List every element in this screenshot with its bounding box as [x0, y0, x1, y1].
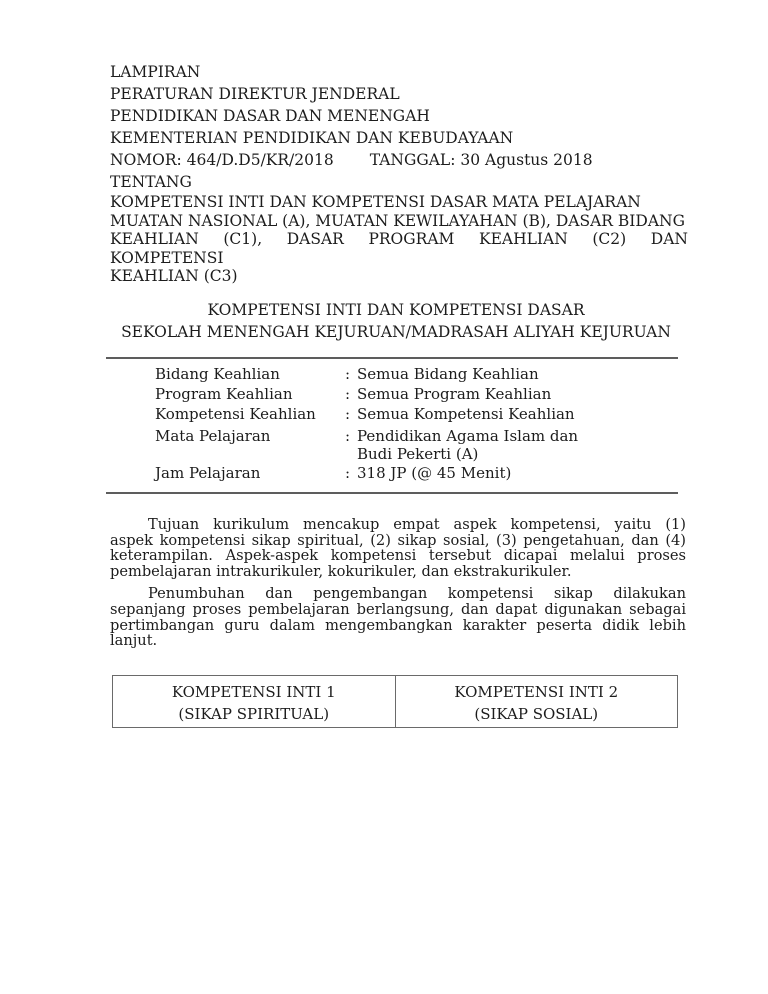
- ki1-title: KOMPETENSI INTI 1: [113, 681, 395, 703]
- paragraph-line: sepanjang proses pembelajaran berlangsun…: [110, 602, 686, 618]
- info-value: Semua Bidang Keahlian: [357, 365, 686, 385]
- info-separator: :: [345, 464, 357, 483]
- page-title: KOMPETENSI INTI DAN KOMPETENSI DASAR SEK…: [110, 299, 682, 344]
- info-label: Jam Pelajaran: [155, 464, 345, 483]
- info-label: Kompetensi Keahlian: [155, 405, 345, 425]
- header-line-nomor-tanggal: NOMOR: 464/D.D5/KR/2018TANGGAL: 30 Agust…: [110, 149, 688, 171]
- paragraph-line: pertimbangan guru dalam mengembangkan ka…: [110, 618, 686, 634]
- header-line-lampiran: LAMPIRAN: [110, 61, 688, 83]
- info-label: Bidang Keahlian: [155, 365, 345, 385]
- kompetensi-inti-table: KOMPETENSI INTI 1 (SIKAP SPIRITUAL) KOMP…: [112, 675, 678, 728]
- paragraph-line: Penumbuhan dan pengembangan kompetensi s…: [110, 586, 686, 602]
- info-label: Program Keahlian: [155, 385, 345, 405]
- paragraph-line: pembelajaran intrakurikuler, kokurikuler…: [110, 564, 686, 580]
- horizontal-rule-top: [106, 357, 678, 359]
- info-separator: :: [345, 405, 357, 425]
- page-title-line-2: SEKOLAH MENENGAH KEJURUAN/MADRASAH ALIYA…: [110, 321, 682, 343]
- document-header: LAMPIRAN PERATURAN DIREKTUR JENDERAL PEN…: [110, 61, 688, 286]
- info-row-jam-pelajaran: Jam Pelajaran : 318 JP (@ 45 Menit): [110, 464, 686, 483]
- info-value-line-2: Budi Pekerti (A): [357, 445, 686, 464]
- document-number: NOMOR: 464/D.D5/KR/2018: [110, 151, 334, 169]
- body-text: Tujuan kurikulum mencakup empat aspek ko…: [110, 517, 686, 649]
- subject-line-1: KOMPETENSI INTI DAN KOMPETENSI DASAR MAT…: [110, 193, 688, 212]
- header-line-pendidikan: PENDIDIKAN DASAR DAN MENENGAH: [110, 105, 688, 127]
- info-value: 318 JP (@ 45 Menit): [357, 464, 686, 483]
- header-line-kementerian: KEMENTERIAN PENDIDIKAN DAN KEBUDAYAAN: [110, 127, 688, 149]
- info-value: Semua Kompetensi Keahlian: [357, 405, 686, 425]
- subject-line-2: MUATAN NASIONAL (A), MUATAN KEWILAYAHAN …: [110, 212, 688, 231]
- page-title-line-1: KOMPETENSI INTI DAN KOMPETENSI DASAR: [110, 299, 682, 321]
- paragraph-tujuan-kurikulum: Tujuan kurikulum mencakup empat aspek ko…: [110, 517, 686, 579]
- horizontal-rule-bottom: [106, 492, 678, 494]
- document-subject: KOMPETENSI INTI DAN KOMPETENSI DASAR MAT…: [110, 193, 688, 286]
- ki2-title: KOMPETENSI INTI 2: [396, 681, 678, 703]
- ki1-subtitle: (SIKAP SPIRITUAL): [113, 703, 395, 725]
- info-value: Pendidikan Agama Islam dan Budi Pekerti …: [357, 427, 686, 464]
- info-row-bidang-keahlian: Bidang Keahlian : Semua Bidang Keahlian: [110, 365, 686, 385]
- info-value-line-1: Pendidikan Agama Islam dan: [357, 427, 686, 446]
- info-row-kompetensi-keahlian: Kompetensi Keahlian : Semua Kompetensi K…: [110, 405, 686, 425]
- header-line-tentang: TENTANG: [110, 171, 688, 193]
- ki2-subtitle: (SIKAP SOSIAL): [396, 703, 678, 725]
- subject-line-4: KEAHLIAN (C3): [110, 267, 688, 286]
- info-row-mata-pelajaran: Mata Pelajaran : Pendidikan Agama Islam …: [110, 427, 686, 464]
- document-date: TANGGAL: 30 Agustus 2018: [370, 149, 593, 171]
- table-header-cell-ki2: KOMPETENSI INTI 2 (SIKAP SOSIAL): [396, 676, 678, 727]
- paragraph-line: aspek kompetensi sikap spiritual, (2) si…: [110, 533, 686, 549]
- paragraph-penumbuhan: Penumbuhan dan pengembangan kompetensi s…: [110, 586, 686, 648]
- info-separator: :: [345, 365, 357, 385]
- info-label: Mata Pelajaran: [155, 427, 345, 464]
- subject-line-3: KEAHLIAN (C1), DASAR PROGRAM KEAHLIAN (C…: [110, 230, 688, 267]
- info-separator: :: [345, 385, 357, 405]
- paragraph-line: keterampilan. Aspek-aspek kompetensi ter…: [110, 548, 686, 564]
- paragraph-line: lanjut.: [110, 633, 686, 649]
- header-line-peraturan: PERATURAN DIREKTUR JENDERAL: [110, 83, 688, 105]
- paragraph-line: Tujuan kurikulum mencakup empat aspek ko…: [110, 517, 686, 533]
- subject-info-block: Bidang Keahlian : Semua Bidang Keahlian …: [110, 365, 686, 482]
- info-row-program-keahlian: Program Keahlian : Semua Program Keahlia…: [110, 385, 686, 405]
- info-separator: :: [345, 427, 357, 464]
- info-value: Semua Program Keahlian: [357, 385, 686, 405]
- table-header-cell-ki1: KOMPETENSI INTI 1 (SIKAP SPIRITUAL): [113, 676, 396, 727]
